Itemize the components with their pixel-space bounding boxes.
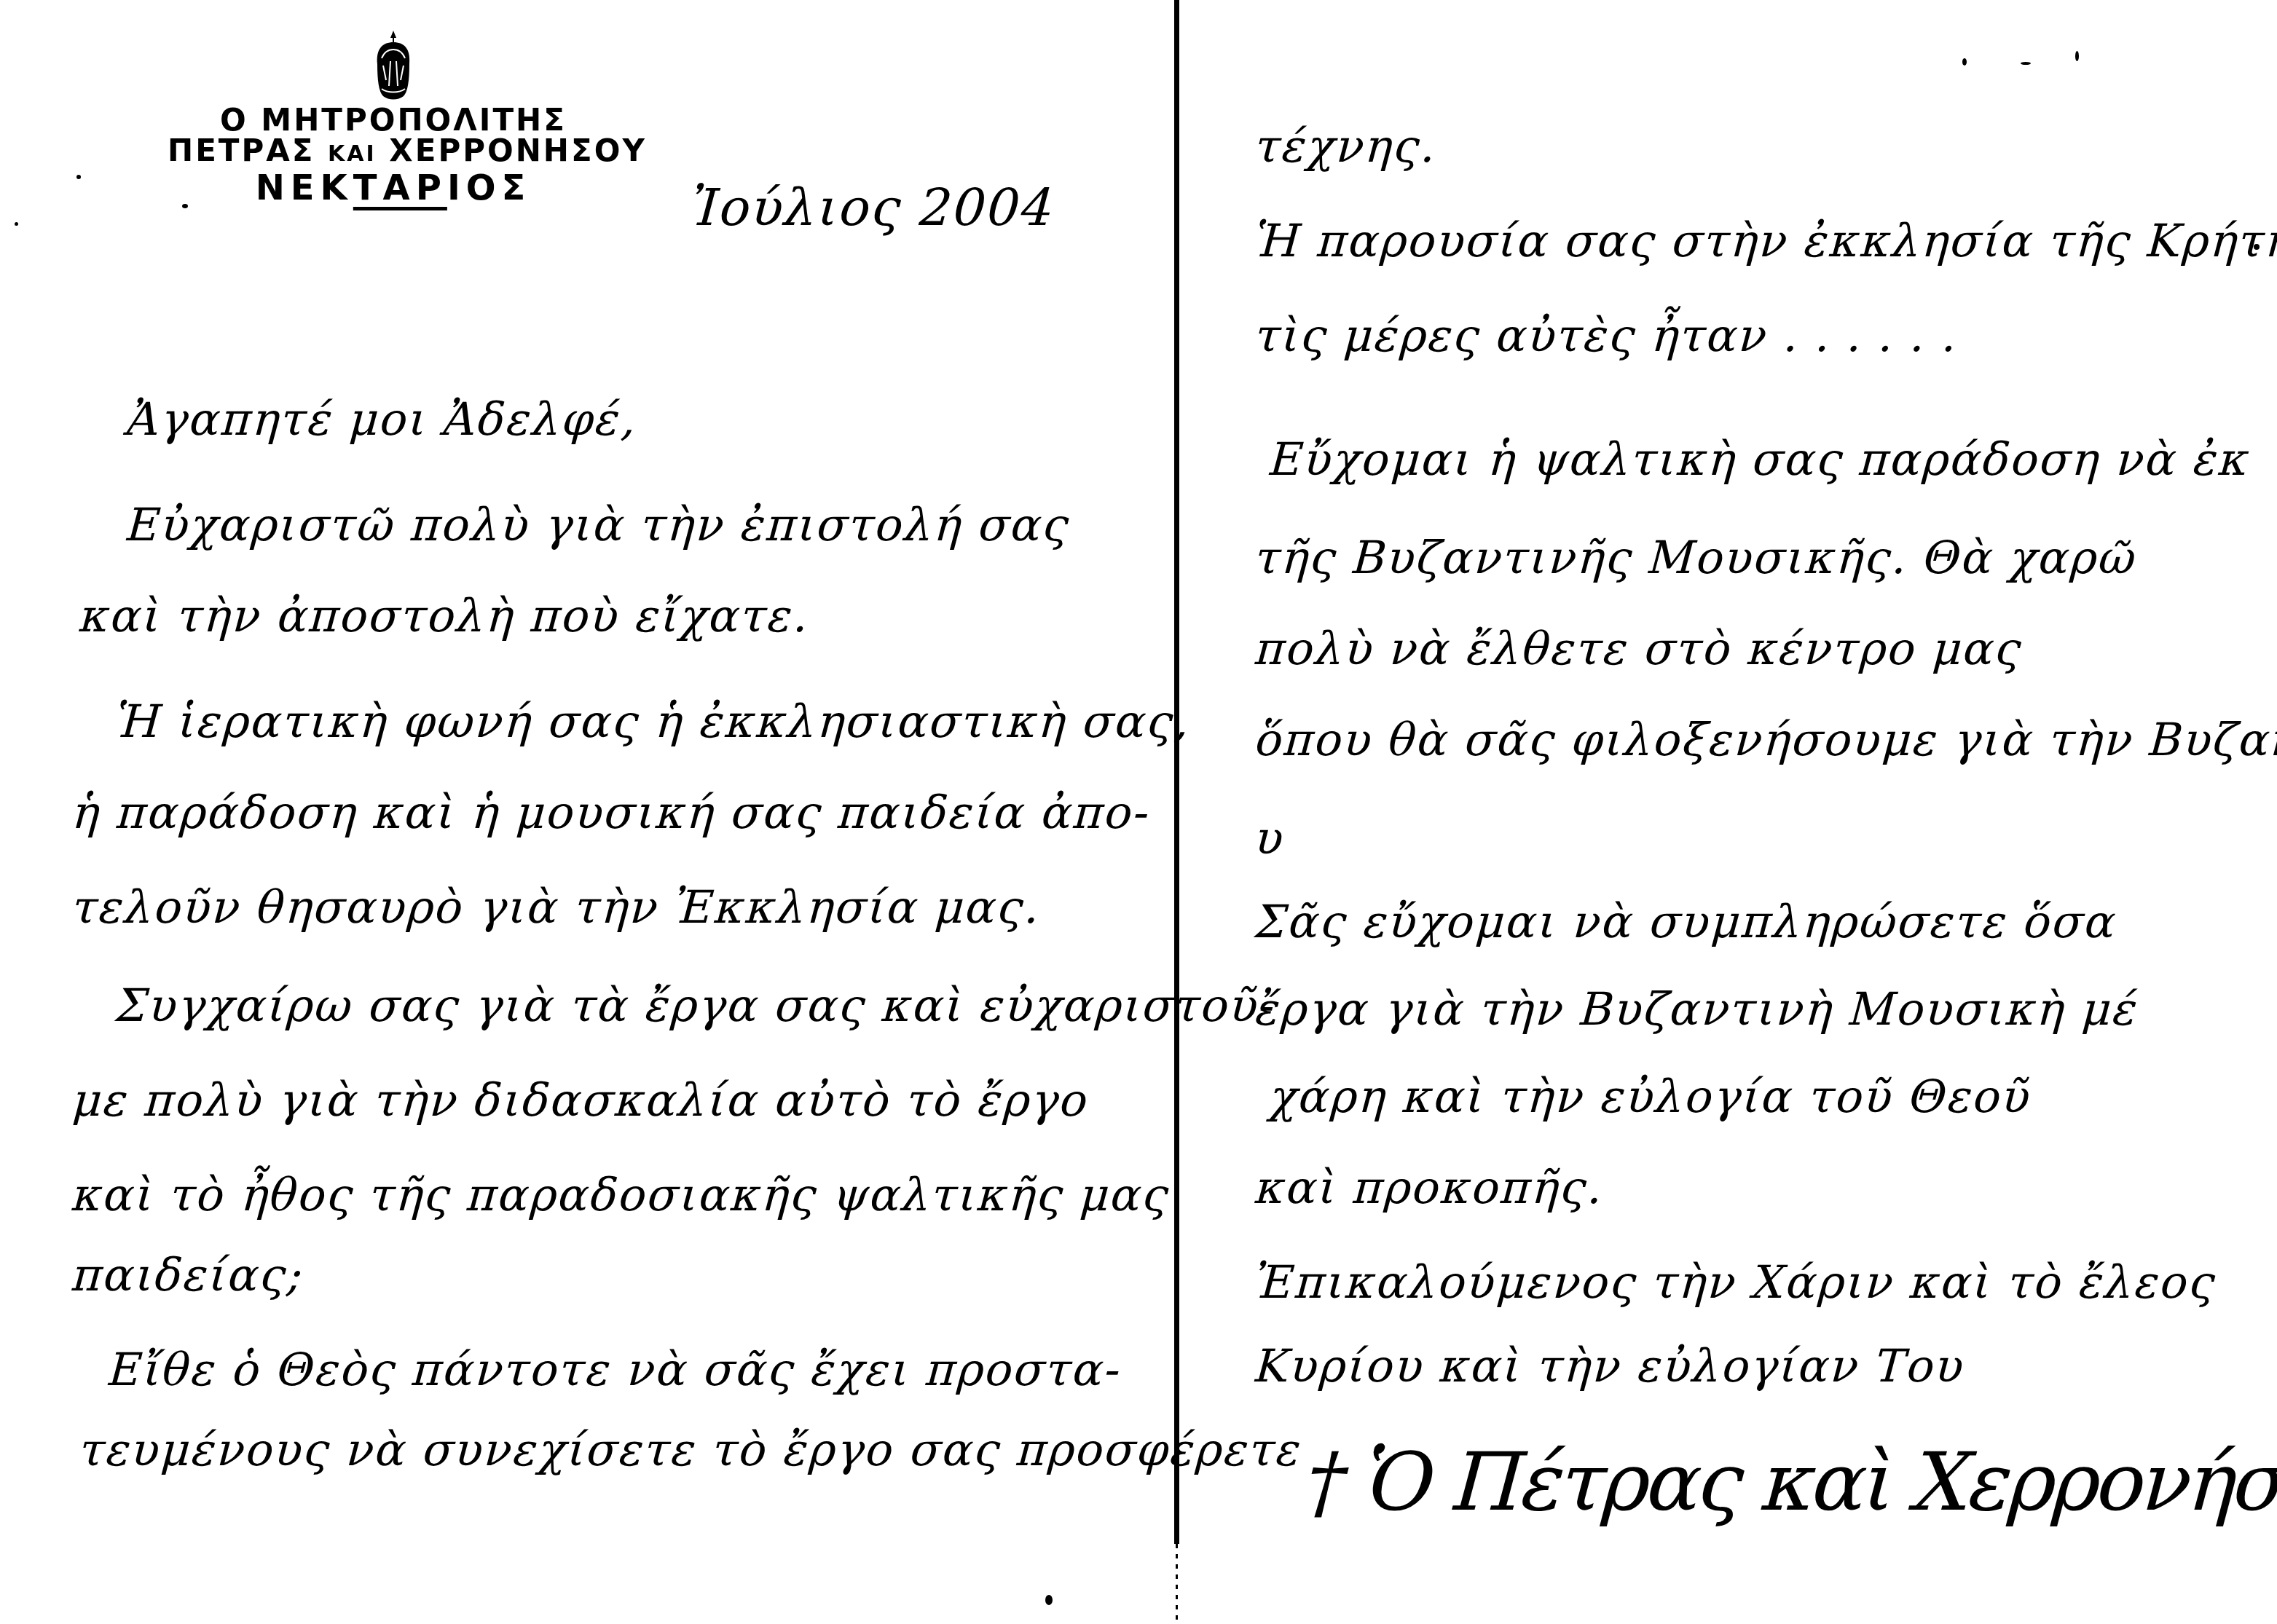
letter-line: τελοῦν θησαυρὸ γιὰ τὴν Ἐκκλησία μας. — [71, 885, 1042, 930]
letter-line: Σᾶς εὔχομαι νὰ συμπληρώσετε ὅσα — [1254, 899, 2119, 945]
letter-line: Ἐπικαλούμενος τὴν Χάριν καὶ τὸ ἔλεος — [1254, 1260, 2218, 1305]
scan-speck — [76, 175, 81, 179]
page-fold-divider — [1174, 0, 1179, 1544]
letterhead-name-a: ΝΕΚ — [256, 167, 353, 208]
scan-speck — [2075, 51, 2079, 61]
letter-line: τέχνης. — [1254, 124, 1439, 169]
letterhead-petra: ΠΕΤΡΑΣ — [168, 133, 315, 168]
letterhead-name: ΝΕΚΤΑΡΙΟΣ — [168, 170, 619, 205]
letter-line: ἡ παράδοση καὶ ἡ μουσική σας παιδεία ἀπο… — [71, 790, 1152, 835]
signature: † Ὁ Πέτρας καὶ Χερρονήσου Νεκτάριος — [1304, 1442, 2277, 1522]
letter-line: Συγχαίρω σας γιὰ τὰ ἔργα σας καὶ εὐχαρισ… — [115, 983, 1278, 1028]
letter-line: τὶς μέρες αὐτὲς ἦταν . . . . . . — [1254, 313, 1959, 358]
letter-line: ἔργα γιὰ τὴν Βυζαντινὴ Μουσικὴ μέ — [1254, 987, 2140, 1032]
scan-speck — [1962, 58, 1967, 66]
letterhead-title: Ο ΜΗΤΡΟΠΟΛΙΤΗΣ — [168, 105, 619, 135]
letterhead-name-c: ΙΟΣ — [447, 167, 531, 208]
letter-date: Ἰούλιος 2004 — [691, 182, 1058, 233]
letter-line: Εἴθε ὁ Θεὸς πάντοτε νὰ σᾶς ἔχει προστα- — [108, 1347, 1123, 1392]
letter-line: υ — [1254, 816, 1286, 861]
scan-speck — [2021, 62, 2031, 65]
scan-speck — [1045, 1595, 1053, 1605]
letter-line: τῆς Βυζαντινῆς Μουσικῆς. Θὰ χαρῶ — [1254, 535, 2139, 580]
letter-line: Ἡ παρουσία σας στὴν ἐκκλησία τῆς Κρήτης — [1254, 218, 2277, 264]
letter-line: Εὐχαριστῶ πολὺ γιὰ τὴν ἐπιστολή σας — [126, 502, 1071, 548]
letter-line: καὶ τὸ ἦθος τῆς παραδοσιακῆς ψαλτικῆς μα… — [71, 1172, 1171, 1218]
letter-line: τευμένους νὰ συνεχίσετε τὸ ἔργο σας προσ… — [79, 1427, 1304, 1473]
letter-page-right: τέχνης. Ἡ παρουσία σας στὴν ἐκκλησία τῆς… — [1183, 0, 2277, 1624]
letter-line: πολὺ νὰ ἔλθετε στὸ κέντρο μας — [1254, 626, 2024, 671]
salutation: Ἀγαπητέ μοι Ἀδελφέ, — [126, 397, 639, 442]
page-fold-divider-tail — [1176, 1544, 1178, 1624]
letter-line: Εὔχομαι ἡ ψαλτικὴ σας παράδοση νὰ ἐκ — [1269, 437, 2252, 482]
letterhead-see: ΠΕΤΡΑΣ ΚΑΙ ΧΕΡΡΟΝΗΣΟΥ — [168, 135, 619, 166]
letter-line: με πολὺ γιὰ τὴν διδασκαλία αὐτὸ τὸ ἔργο — [71, 1078, 1090, 1123]
letter-line: χάρη καὶ τὴν εὐλογία τοῦ Θεοῦ — [1269, 1074, 2033, 1119]
scan-speck — [15, 222, 18, 226]
letter-line: Κυρίου καὶ τὴν εὐλογίαν Του — [1254, 1344, 1967, 1389]
mitre-crest-icon — [371, 29, 415, 102]
letterhead-and: ΚΑΙ — [328, 141, 377, 167]
letter-line: καὶ προκοπῆς. — [1254, 1165, 1605, 1210]
letter-line: ὅπου θὰ σᾶς φιλοξενήσουμε γιὰ τὴν Βυζαντ… — [1254, 717, 2277, 762]
scan-speck — [2254, 244, 2260, 250]
scan-speck — [182, 204, 188, 208]
letter-line: παιδείας; — [71, 1253, 306, 1298]
letter-line: Ἡ ἱερατικὴ φωνή σας ἡ ἐκκλησιαστικὴ σας, — [115, 699, 1192, 744]
letterhead-name-b: ΤΑΡ — [353, 167, 447, 208]
letter-line: καὶ τὴν ἀποστολὴ ποὺ εἴχατε. — [79, 594, 811, 639]
letterhead-chersonissos: ΧΕΡΡΟΝΗΣΟΥ — [389, 133, 646, 168]
letterhead: Ο ΜΗΤΡΟΠΟΛΙΤΗΣ ΠΕΤΡΑΣ ΚΑΙ ΧΕΡΡΟΝΗΣΟΥ ΝΕΚ… — [168, 29, 619, 205]
letter-page-left: Ο ΜΗΤΡΟΠΟΛΙΤΗΣ ΠΕΤΡΑΣ ΚΑΙ ΧΕΡΡΟΝΗΣΟΥ ΝΕΚ… — [0, 0, 1173, 1624]
